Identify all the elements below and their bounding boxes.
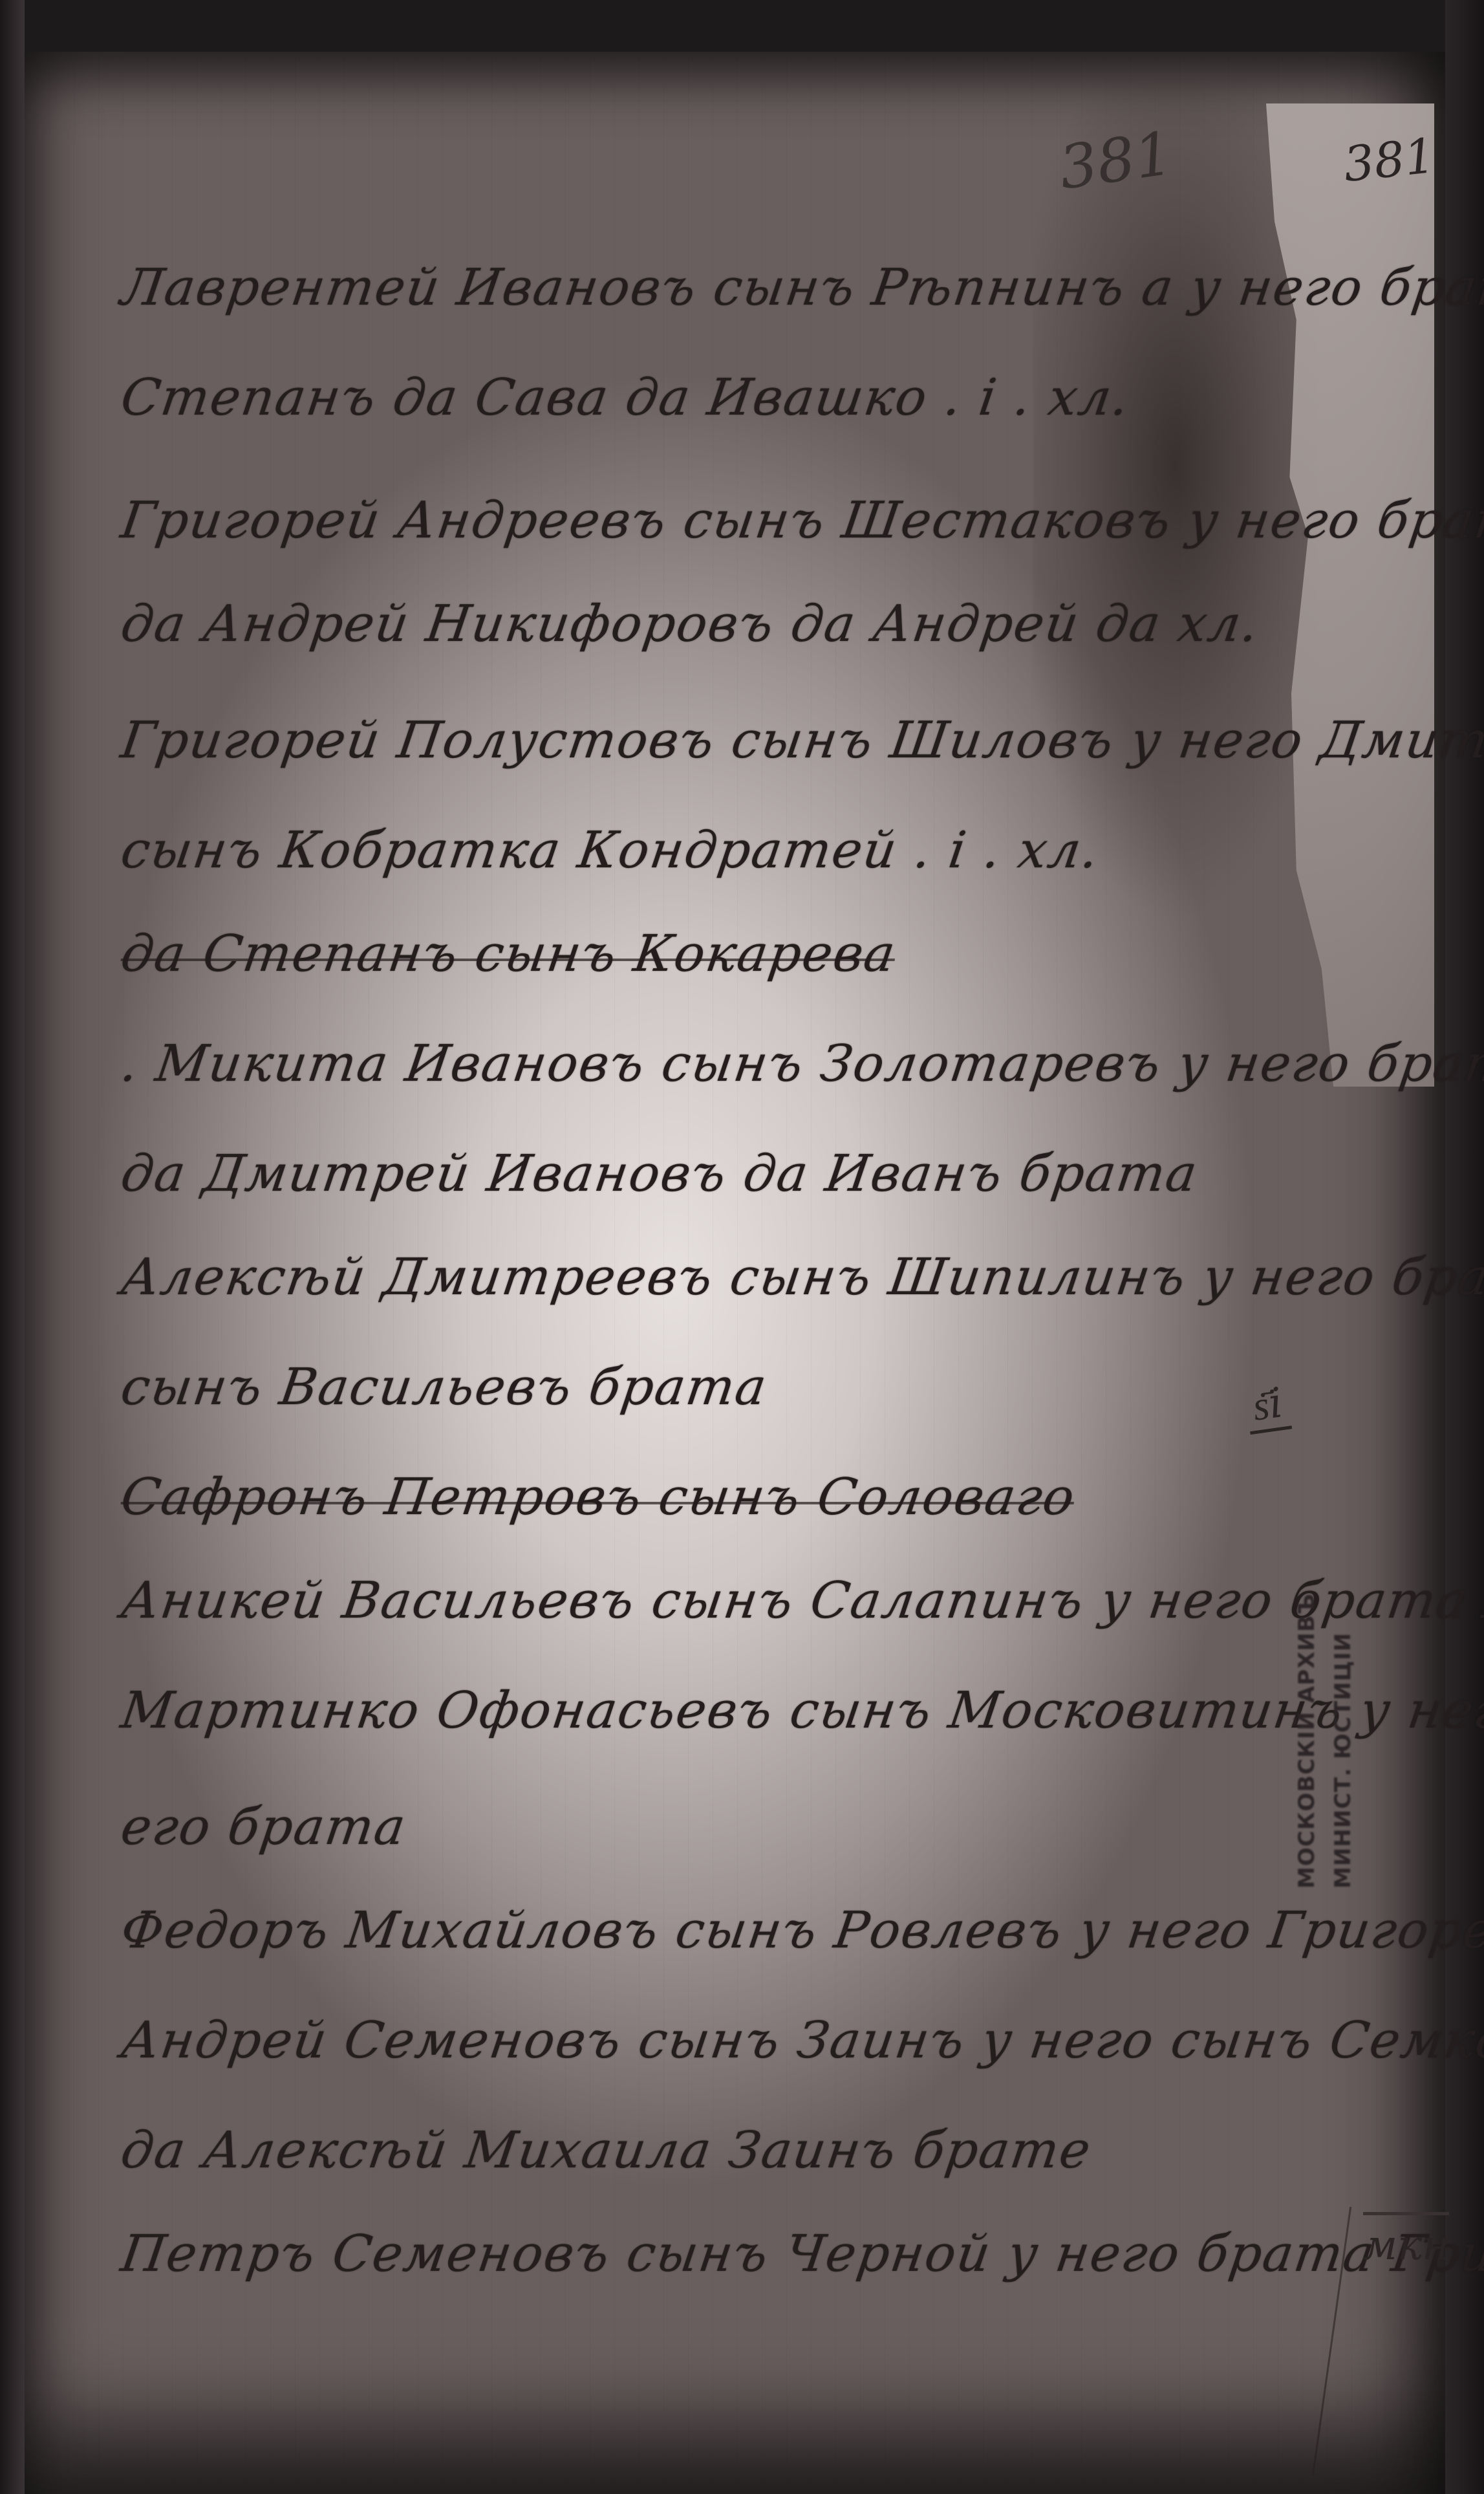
manuscript-line: Алексѣй Дмитреевъ сынъ Шипилинъ у него б…: [118, 1248, 1484, 1307]
scan-frame-right: [1445, 0, 1484, 2494]
repair-paper-strip: [1266, 103, 1434, 1087]
scan-frame-top: [0, 0, 1484, 52]
manuscript-line: Андрей Семеновъ сынъ Заинъ у него сынъ С…: [118, 2011, 1484, 2070]
folio-number-handwritten: 381: [1055, 118, 1177, 202]
folio-number-archival: 381: [1341, 128, 1437, 193]
stamp-line-2: МИНИСТ. ЮСТИЦІИ: [1325, 1798, 1361, 1889]
manuscript-line: его брата: [118, 1798, 410, 1856]
margin-note-numeral: ѕ҃і: [1243, 1378, 1293, 1435]
manuscript-line: . Микита Ивановъ сынъ Золотаревъ у него …: [118, 1035, 1484, 1093]
manuscript-line: да Андрей Никифоровъ да Андрей да хл.: [118, 595, 1263, 653]
archive-stamp: МОСКОВСКІЙ АРХИВЪ МИНИСТ. ЮСТИЦІИ: [1289, 1798, 1484, 1889]
water-stain: [1033, 78, 1318, 1080]
manuscript-line: Федоръ Михайловъ сынъ Ровлевъ у него Гри…: [118, 1902, 1484, 1960]
manuscript-line: да Степанъ сынъ Кокарева: [118, 925, 900, 983]
manuscript-line: Мартинко Офонасьевъ сынъ Московитинъ у н…: [118, 1682, 1484, 1740]
manuscript-line: Аникей Васильевъ сынъ Салапинъ у него бр…: [118, 1572, 1484, 1630]
manuscript-line: Петръ Семеновъ сынъ Черной у него брата …: [118, 2225, 1484, 2283]
manuscript-line: Степанъ да Сава да Ивашко . i . хл.: [118, 369, 1134, 427]
manuscript-page: 381 381 Лаврентей Ивановъ сынъ Рѣпнинъ а…: [25, 52, 1445, 2494]
manuscript-line: да Алексѣй Михаила Заинъ брате: [118, 2121, 1095, 2180]
manuscript-line: Григорей Андреевъ сынъ Шестаковъ у него …: [118, 492, 1484, 550]
stamp-line-1: МОСКОВСКІЙ АРХИВЪ: [1289, 1798, 1325, 1889]
manuscript-line: сынъ Кобратка Кондратей . i . хл.: [118, 821, 1103, 880]
manuscript-line: да Дмитрей Ивановъ да Иванъ брата: [118, 1145, 1202, 1203]
manuscript-line: Сафронъ Петровъ сынъ Соловаго: [118, 1468, 1079, 1526]
manuscript-line: сынъ Васильевъ брата: [118, 1358, 771, 1416]
manuscript-line: Григорей Полустовъ сынъ Шиловъ у него Дм…: [118, 711, 1484, 770]
scan-frame-left: [0, 0, 25, 2494]
manuscript-line: Лаврентей Ивановъ сынъ Рѣпнинъ а у него …: [118, 259, 1484, 317]
margin-note-bottom: мкн: [1363, 2212, 1449, 2270]
